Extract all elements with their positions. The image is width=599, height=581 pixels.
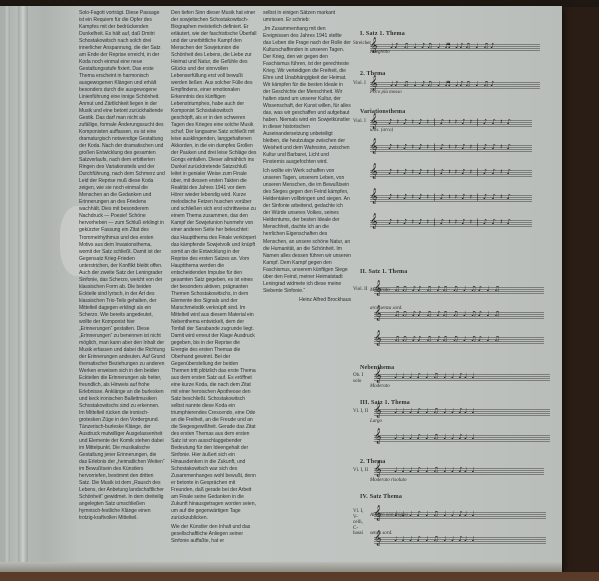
paragraph: Wie der Künstler den Inhalt und das gese… (171, 524, 257, 545)
treble-clef-icon: 𝄞 (374, 533, 382, 545)
text-column-1: Solo-Fagott vorträgt. Diese Passage ist … (79, 10, 165, 524)
music-example-1: I. Satz 1. Thema Allegretto Streicher 𝄞 … (360, 22, 550, 58)
notes: ♪ 𝄽 ♪ 𝄽 ♪ 𝄽 | ♪ 𝄽 𝄽 ♪ 𝄽 | ♪ ♪ 𝄽 ♪ (388, 193, 512, 201)
notes: ♪ 𝄽 ♪ 𝄽 ♪ 𝄽 | ♪ 𝄽 𝄽 ♪ 𝄽 | ♪ ♪ 𝄽 ♪ (388, 143, 512, 151)
treble-clef-icon: 𝄞 (370, 141, 378, 153)
treble-clef-icon: 𝄞 (374, 405, 382, 417)
notes: ♩ ♩ ♩ ♪ ♩ ♫ ♩ ♩ ♪♩ ♩ (394, 510, 476, 518)
instrument-label: Vl. I, II (353, 468, 368, 474)
treble-clef-icon: 𝄞 (370, 166, 378, 178)
music-example-8: IV. Satz Thema Allegro non troppo senza … (360, 485, 550, 539)
notes: ♩ ♩ ♩ ♪ ♩ ♫ ♩ ♩ ♪♩ ♩ (394, 433, 476, 441)
instrument-label: Viol. I (353, 119, 366, 125)
notes: ♫♫ ♪♪ ♫ ♪♫ ♫ ♩ ♫♪ ♩ ♫ (394, 310, 501, 318)
treble-clef-icon: 𝄞 (370, 191, 378, 203)
notes: ♩ ♩ ♩ ♪ ♩ ♫ ♩ ♩ ♪♩ ♩ (394, 466, 476, 474)
notes: ♩ ♩ ♩ ♪ ♩ ♫ ♩ ♩ ♪♩ ♩ (394, 535, 476, 543)
example-title: Variationsthema (360, 109, 405, 115)
notes: ♩♪ ♫ ♩ ♪♫ ♩ ♬ ♩♪♫ ♩ ♫♪ (390, 80, 496, 88)
instrument-label: Vl. I, II (353, 409, 368, 415)
music-example-4: II. Satz 1. Thema Moderato arco senza so… (360, 260, 550, 314)
quote-paragraph: „Im Zusammenhang mit den Ereignissen des… (263, 26, 351, 166)
notes: ♪ 𝄽 ♪ 𝄽 ♪ 𝄽 | ♪ 𝄽 𝄽 ♪ 𝄽 | ♪ ♪ 𝄽 ♪ (388, 118, 512, 126)
treble-clef-icon: 𝄞 (374, 333, 382, 345)
music-example-5: Nebenthema Moderato Ob. I solo 𝄞 ♩ ♩ ♩ ♪… (360, 356, 550, 392)
treble-clef-icon: 𝄞 (374, 431, 382, 443)
fold-crease-outer (4, 6, 10, 572)
paragraph: Solo-Fagott vorträgt. Diese Passage ist … (79, 10, 165, 522)
author-signature: Heinz Alfred Brockhaus (263, 297, 351, 304)
notes: ♪ 𝄽 ♪ 𝄽 ♪ 𝄽 | ♪ 𝄽 𝄽 ♪ 𝄽 | ♪ ♪ 𝄽 ♪ (388, 218, 512, 226)
example-tempo: Moderato risoluto (370, 478, 407, 483)
treble-clef-icon: 𝄞 (370, 116, 378, 128)
instrument-label: Viol. I (353, 81, 366, 87)
paragraph: Den tiefen Sinn dieser Musik hat einer d… (171, 10, 257, 522)
example-title: III. Satz 1. Thema (360, 400, 410, 406)
example-title: IV. Satz Thema (360, 494, 402, 500)
treble-clef-icon: 𝄞 (370, 78, 378, 90)
treble-clef-icon: 𝄞 (374, 283, 382, 295)
notes: ♩ ♩ ♩ ♪ ♩ ♫ ♩ ♩ ♪♩ ♩ (394, 407, 476, 415)
treble-clef-icon: 𝄞 (374, 308, 382, 320)
background-floor (0, 572, 599, 581)
example-tempo: Largo (370, 419, 382, 424)
treble-clef-icon: 𝄞 (370, 40, 378, 52)
notes: ♫♫ ♪♪ ♫ ♪♫ ♫ ♩ ♫♪ ♩ ♫ (394, 335, 501, 343)
instrument-label: Ob. I solo (353, 373, 367, 384)
treble-clef-icon: 𝄞 (374, 370, 382, 382)
example-title: I. Satz 1. Thema (360, 31, 405, 37)
bottom-edge (0, 562, 562, 572)
music-example-2: 2. Thema Poco più mosso Viol. I 𝄞 ♩♪ ♫ ♩… (360, 62, 550, 98)
music-example-7: 2. Thema Moderato risoluto Vl. I, II 𝄞 ♩… (360, 450, 550, 486)
notes: ♩♪ ♫ ♩ ♪♫ ♩ ♬ ♩♪♫ ♩ ♫♪ (390, 42, 496, 50)
instrument-label: Streicher (353, 41, 367, 47)
notes: ♪ 𝄽 ♪ 𝄽 ♪ 𝄽 | ♪ 𝄽 𝄽 ♪ 𝄽 | ♪ ♪ 𝄽 ♪ (388, 168, 512, 176)
treble-clef-icon: 𝄞 (374, 464, 382, 476)
notes: ♫♫ ♪♪ ♫ ♪♫ ♫ ♩ ♫♪ ♩ ♫ (394, 285, 501, 293)
paragraph: selbst in einigen Sätzen markant umrisse… (263, 10, 351, 24)
notes: ♩ ♩ ♩ ♪ ♩ ♫ ♩ ♩ ♪♩ ♩ (394, 372, 476, 380)
example-title: II. Satz 1. Thema (360, 269, 407, 275)
music-example-6: III. Satz 1. Thema Largo Vl. I, II 𝄞 ♩ ♩… (360, 391, 550, 427)
quote-paragraph: Ich wollte ein Werk schaffen von unseren… (263, 168, 351, 294)
music-example-3: Variationsthema unis. (arco) Viol. I 𝄞 ♪… (360, 100, 550, 136)
treble-clef-icon: 𝄞 (374, 508, 382, 520)
example-tempo: Moderato (370, 384, 390, 389)
text-column-2: Den tiefen Sinn dieser Musik hat einer d… (171, 10, 257, 547)
instrument-label: Vl. I, V-celli, C-bassi (353, 509, 367, 537)
instrument-label: Viol. II (353, 287, 367, 293)
fold-crease (18, 6, 28, 572)
treble-clef-icon: 𝄞 (370, 216, 378, 228)
text-column-3: selbst in einigen Sätzen markant umrisse… (263, 10, 351, 306)
